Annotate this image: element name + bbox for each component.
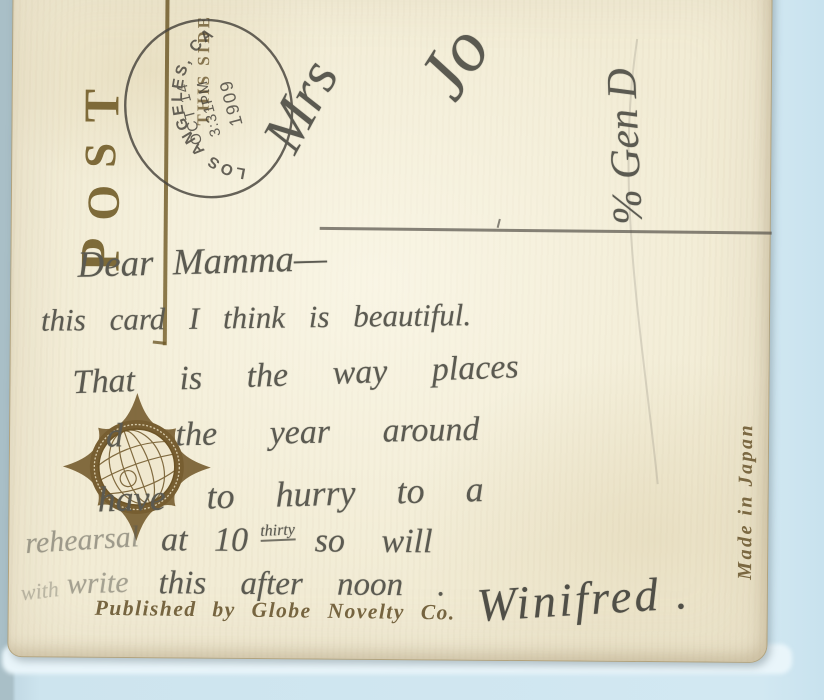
address-rule — [320, 227, 772, 234]
masthead-rule-foot — [153, 340, 166, 344]
message-word-write: write — [67, 568, 129, 600]
message-false-start: with — [20, 578, 60, 604]
made-in-japan: Made in Japan — [734, 332, 759, 580]
message-line6: rehearsal at 10 thirty so will — [25, 522, 770, 562]
photo-backdrop: C T S O P THIS SIDE LOS ANGELES, CAL. OC… — [0, 0, 824, 700]
message-superscript-thirty: thirty — [260, 522, 295, 542]
message-at-ten: at 10 — [161, 523, 248, 558]
message-line4: d the year around — [106, 413, 480, 454]
address-jo: Jo — [405, 14, 507, 113]
message-line5: have to hurry to a — [97, 471, 484, 517]
postcard: C T S O P THIS SIDE LOS ANGELES, CAL. OC… — [7, 0, 772, 663]
pencil-tick — [497, 219, 501, 228]
message-so-will: so will — [315, 524, 433, 559]
message-word-rehearsal: rehearsal — [24, 522, 140, 559]
message-line2: this card I think is beautiful. — [41, 299, 472, 336]
signature: Winifred . — [476, 570, 692, 630]
address-gen-delivery: % Gen D — [601, 67, 660, 225]
message-salutation: Dear Mamma— — [77, 240, 327, 284]
message-line3: That is the way places — [72, 350, 519, 400]
publisher-imprint: Published by Globe Novelty Co. — [95, 596, 456, 626]
